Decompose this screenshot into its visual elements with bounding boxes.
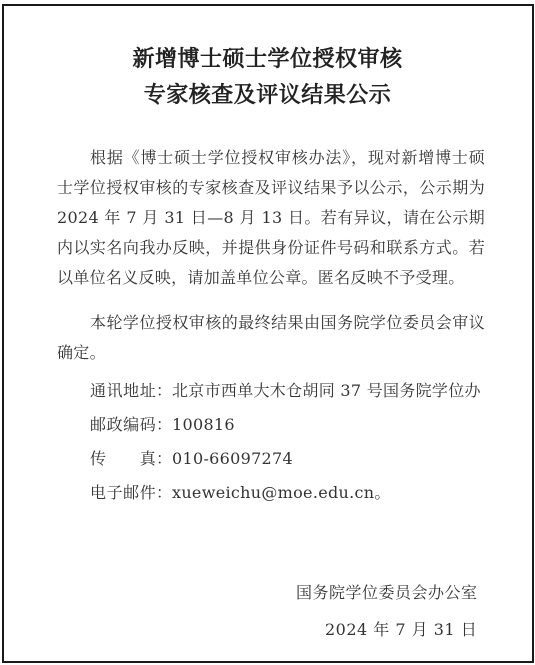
colon: ：	[156, 415, 172, 435]
announcement-document: 新增博士硕士学位授权审核 专家核查及评议结果公示 根据《博士硕士学位授权审核办法…	[0, 0, 535, 665]
address-label: 通讯地址	[90, 381, 156, 401]
colon: ：	[156, 483, 172, 503]
title-line-1: 新增博士硕士学位授权审核	[0, 42, 535, 73]
fax-value: 010-66097274	[172, 449, 293, 468]
contact-address: 通讯地址：北京市西单大木仓胡同 37 号国务院学位办	[90, 381, 481, 401]
signature-issuer: 国务院学位委员会办公室	[296, 580, 478, 603]
fax-label: 传真	[90, 449, 156, 469]
colon: ：	[156, 381, 172, 401]
title-line-2: 专家核查及评议结果公示	[0, 78, 535, 109]
email-label: 电子邮件	[90, 483, 156, 503]
postcode-value: 100816	[172, 415, 235, 434]
signature-date: 2024 年 7 月 31 日	[325, 617, 477, 640]
contact-email: 电子邮件：xueweichu@moe.edu.cn。	[90, 483, 391, 503]
contact-fax: 传真：010-66097274	[90, 449, 293, 469]
body-paragraph-1: 根据《博士硕士学位授权审核办法》，现对新增博士硕士学位授权审核的专家核查及评议结…	[57, 143, 485, 293]
address-value: 北京市西单大木仓胡同 37 号国务院学位办	[172, 381, 481, 400]
body-paragraph-2: 本轮学位授权审核的最终结果由国务院学位委员会审议确定。	[57, 308, 485, 368]
contact-postcode: 邮政编码：100816	[90, 415, 235, 435]
colon: ：	[156, 449, 172, 469]
email-value: xueweichu@moe.edu.cn。	[172, 483, 391, 502]
postcode-label: 邮政编码	[90, 415, 156, 435]
